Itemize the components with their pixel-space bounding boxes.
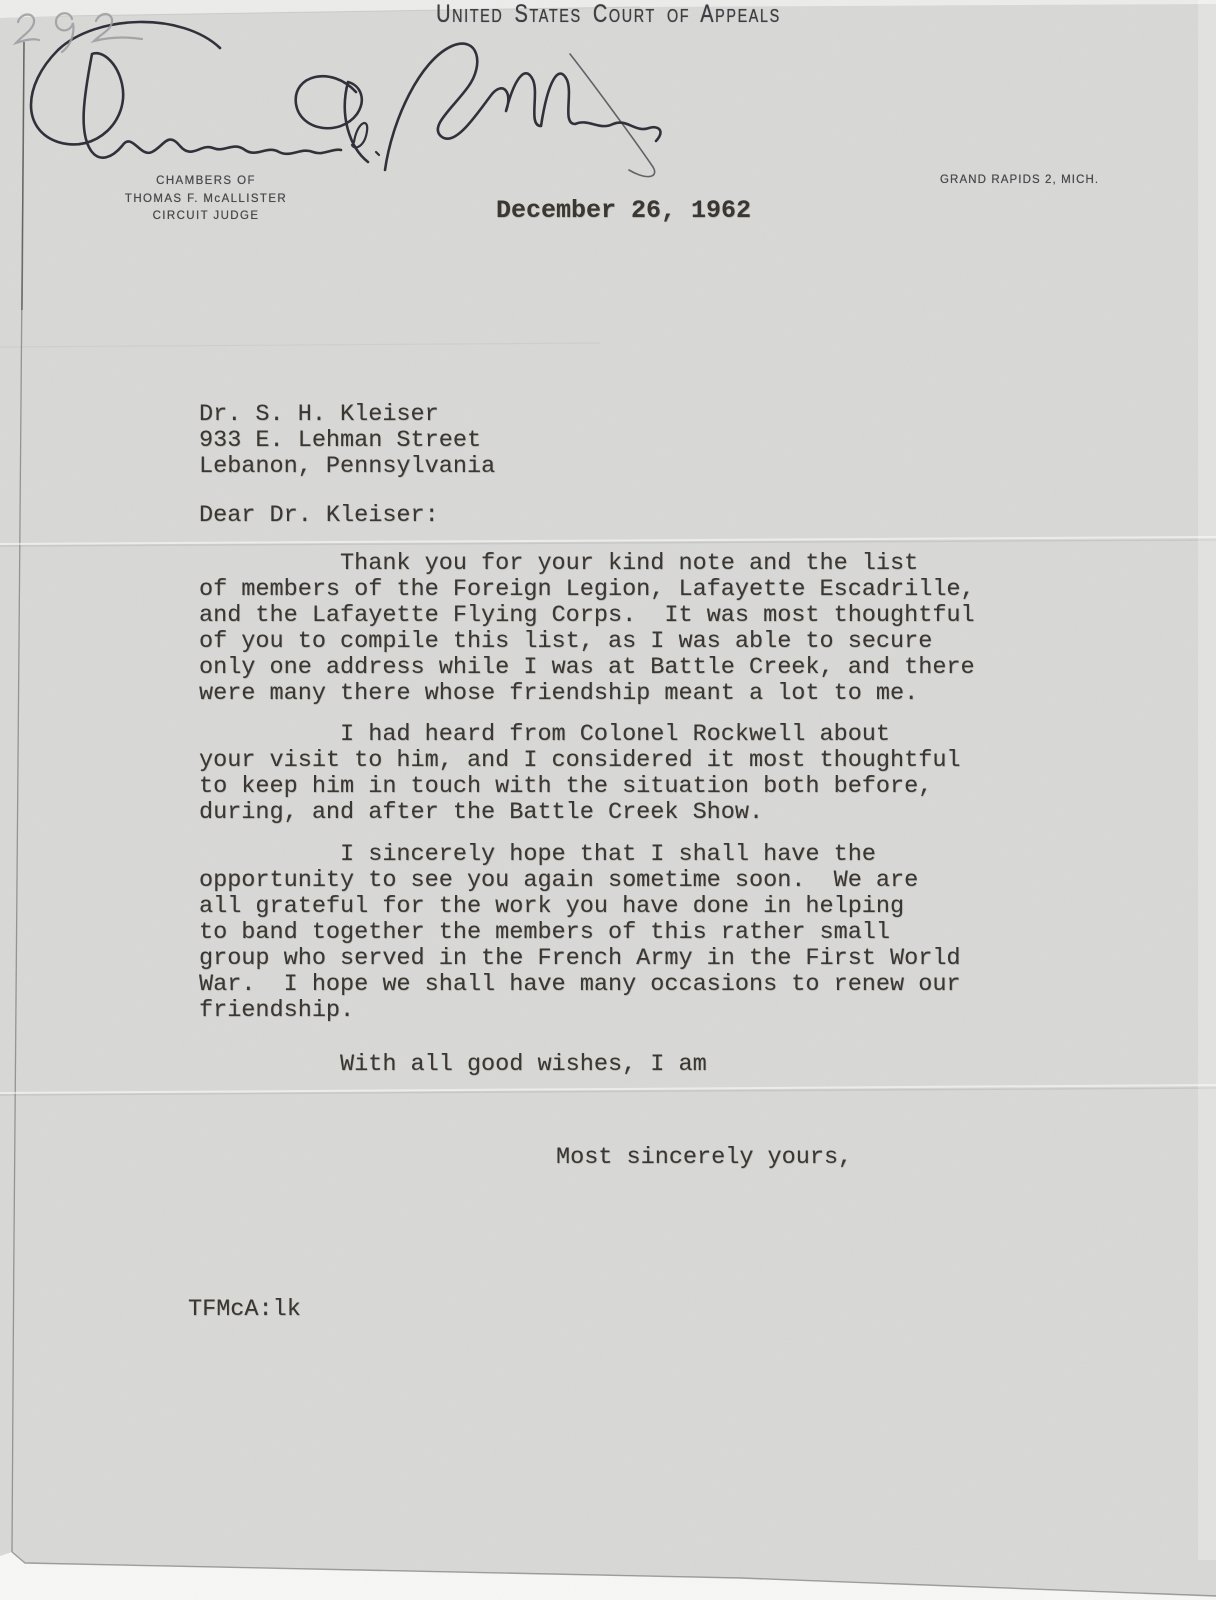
valediction: Most sincerely yours,	[556, 1145, 852, 1171]
chambers-of-line: CHAMBERS OF	[95, 173, 317, 191]
recipient-address: Dr. S. H. Kleiser 933 E. Lehman Street L…	[199, 402, 495, 480]
pre-closing-line: With all good wishes, I am	[199, 1052, 707, 1078]
body-paragraph-1: Thank you for your kind note and the lis…	[199, 551, 975, 707]
typist-initials: TFMcA:lk	[188, 1297, 301, 1323]
judge-name-line: THOMAS F. McALLISTER	[95, 191, 317, 209]
letter-scan-page: United States Court of Appeals CHAMBERS …	[0, 0, 1216, 1600]
letterhead-location: GRAND RAPIDS 2, MICH.	[940, 174, 1099, 186]
body-paragraph-2: I had heard from Colonel Rockwell about …	[199, 722, 961, 826]
letterhead-court-name: United States Court of Appeals	[0, 0, 1216, 29]
letter-date: December 26, 1962	[496, 197, 751, 225]
salutation: Dear Dr. Kleiser:	[199, 503, 439, 529]
circuit-judge-line: CIRCUIT JUDGE	[95, 208, 317, 226]
letterhead-chambers-block: CHAMBERS OF THOMAS F. McALLISTER CIRCUIT…	[95, 173, 317, 226]
signature-scrawl	[0, 0, 680, 200]
body-paragraph-3: I sincerely hope that I shall have the o…	[199, 842, 961, 1024]
